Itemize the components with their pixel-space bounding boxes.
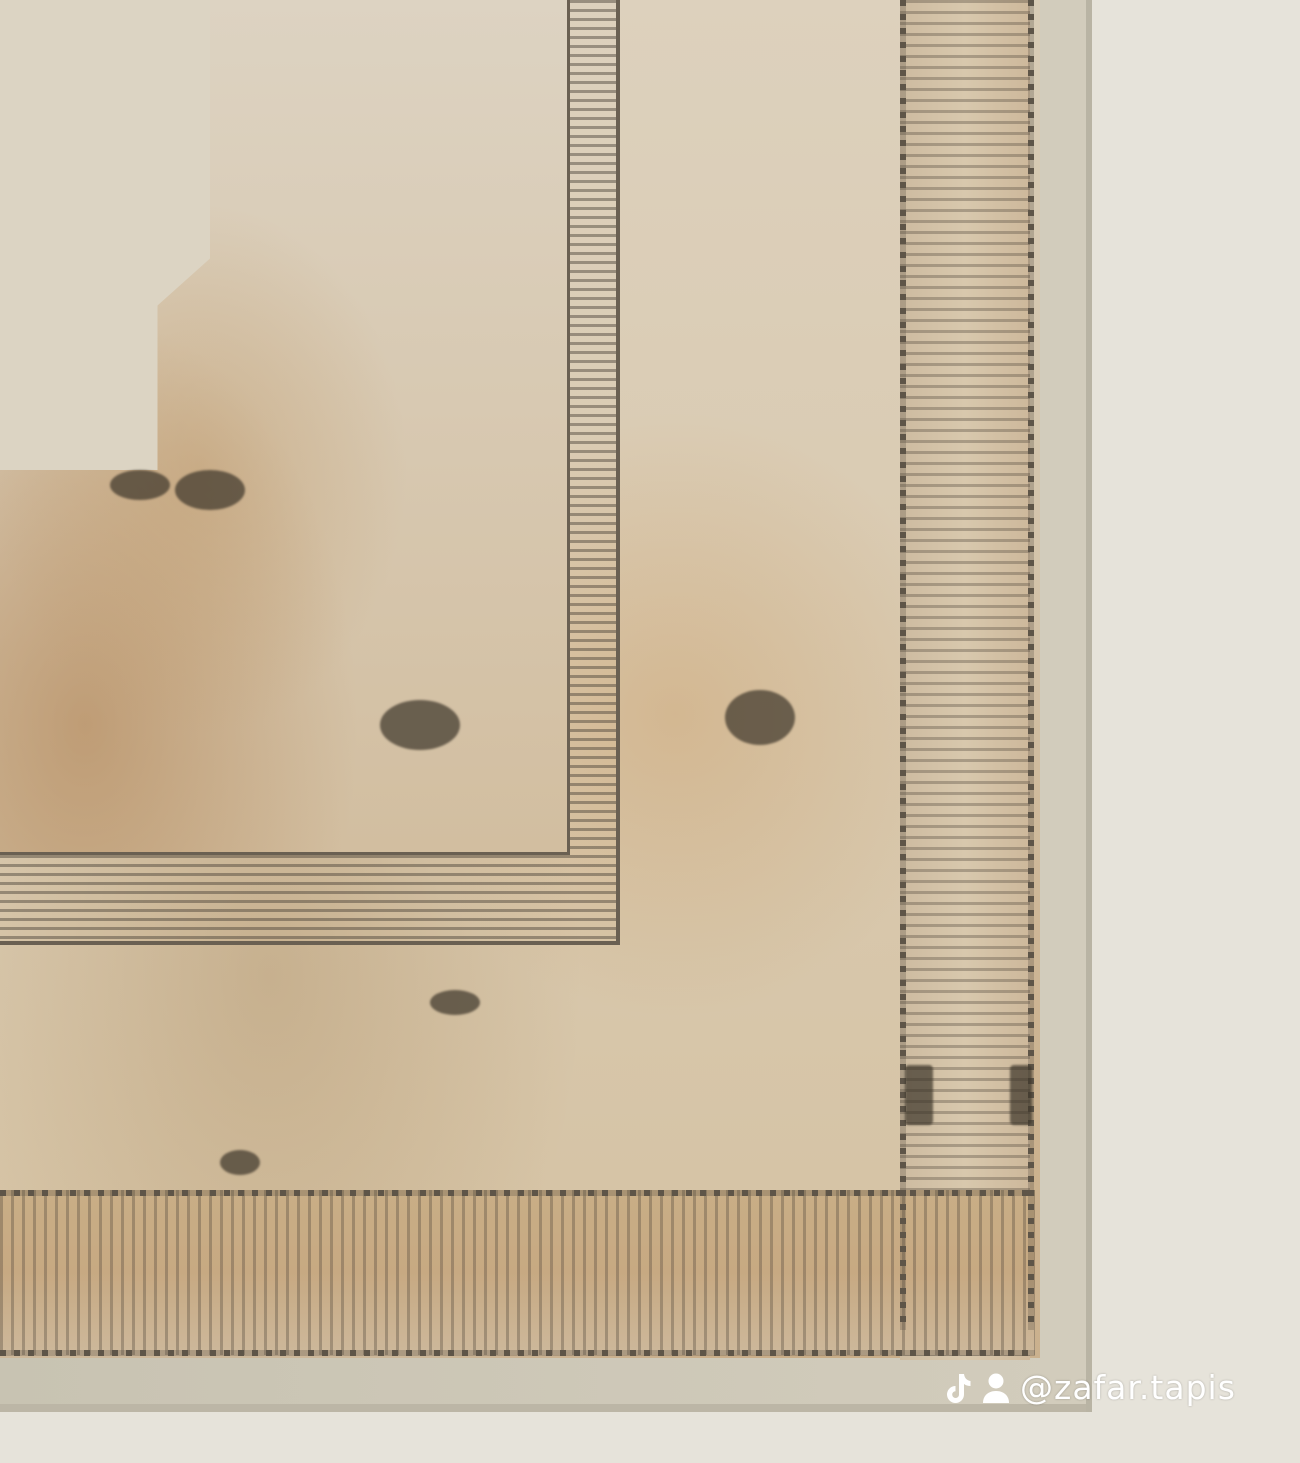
motif bbox=[110, 470, 170, 500]
guard-line bbox=[0, 1190, 1035, 1196]
watermark: @zafar.tapis bbox=[944, 1368, 1236, 1407]
motif bbox=[380, 700, 460, 750]
motif bbox=[905, 1065, 933, 1125]
guard-line bbox=[0, 1350, 1035, 1356]
motif bbox=[175, 470, 245, 510]
rug bbox=[0, 0, 1092, 1412]
motif bbox=[725, 690, 795, 745]
person-icon bbox=[982, 1372, 1010, 1404]
motif bbox=[430, 990, 480, 1015]
motif bbox=[1010, 1065, 1032, 1125]
rug-guard-band-vertical bbox=[900, 0, 1030, 1360]
rug-guard-band-horizontal bbox=[0, 1190, 1035, 1355]
guard-line bbox=[900, 0, 906, 1330]
tiktok-icon bbox=[944, 1372, 972, 1404]
watermark-handle: @zafar.tapis bbox=[1020, 1368, 1236, 1407]
guard-line bbox=[1028, 0, 1034, 1330]
motif bbox=[220, 1150, 260, 1175]
